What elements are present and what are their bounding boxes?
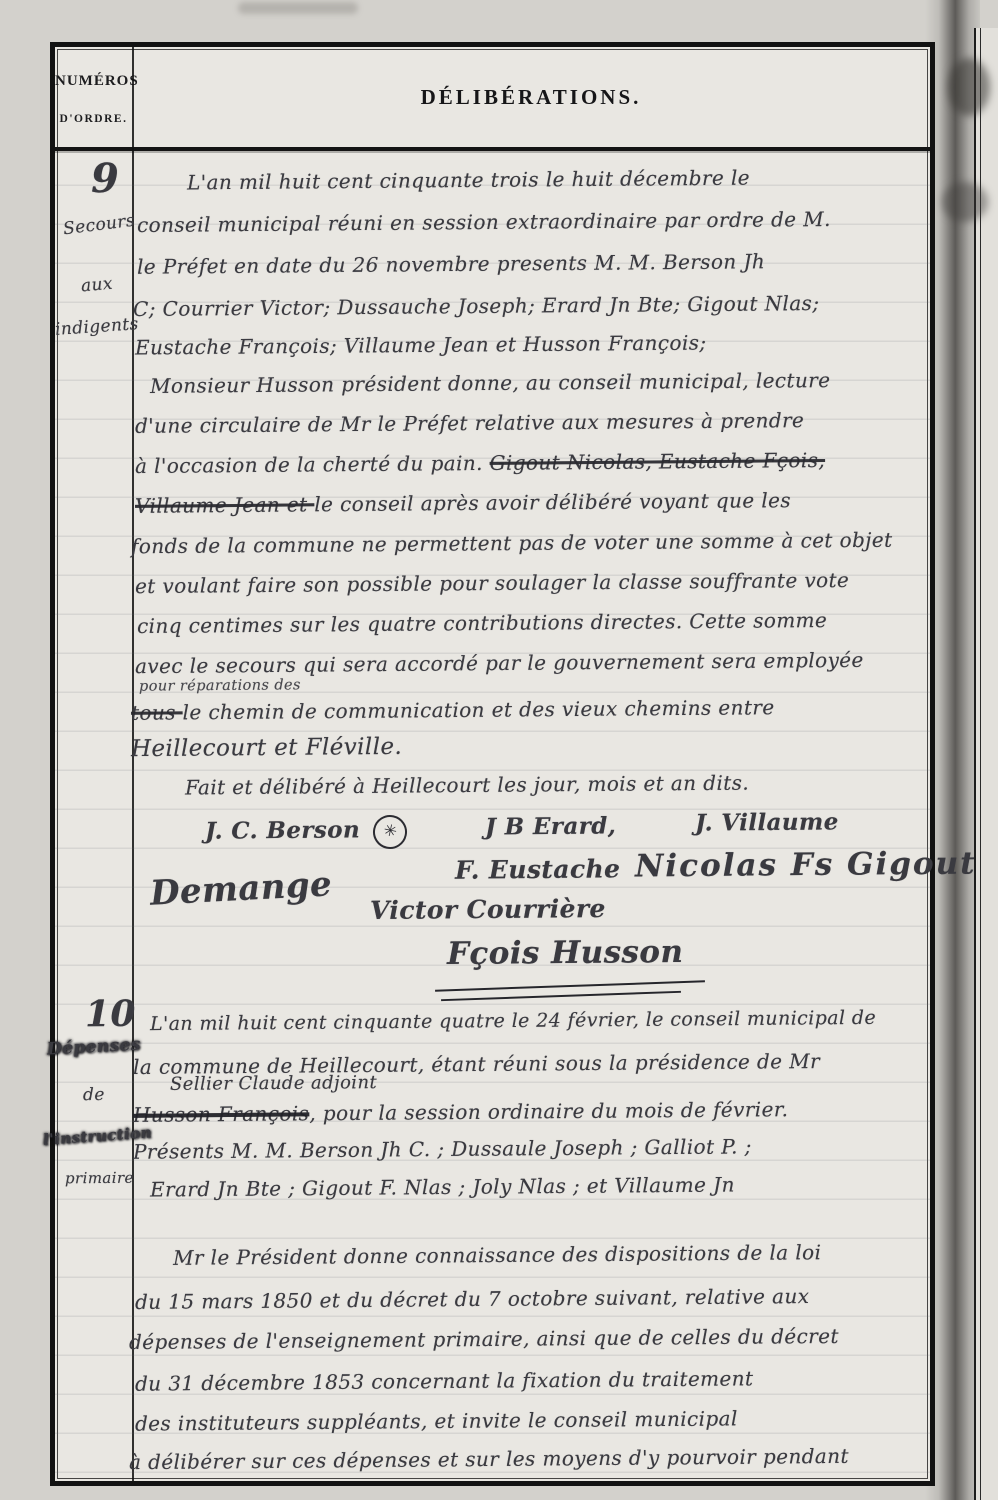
entry-9-line: Monsieur Husson président donne, au cons… (150, 368, 831, 398)
entry-10-line: dépenses de l'enseignement primaire, ain… (129, 1324, 839, 1354)
entry-9-closing-line: Fait et délibéré à Heillecourt les jour,… (185, 771, 749, 800)
berson-paraph-flourish: ✳ (370, 812, 410, 852)
entry-10-struck-text: Husson François (133, 1101, 309, 1127)
entry-9-struck-text: tous (131, 700, 183, 724)
entry-10-line: des instituteurs suppléants, et invite l… (135, 1406, 738, 1435)
next-page-edge (974, 28, 998, 1500)
ink-bleed-mark (942, 182, 988, 222)
entry-9-struck-text: Villaume Jean et (135, 492, 314, 518)
order-number-column-header: NUMÉROS D'ORDRE. (55, 47, 132, 147)
entry-9-line-text: le chemin de communication et des vieux … (182, 695, 774, 724)
entry-10-line: Erard Jn Bte ; Gigout F. Nlas ; Joly Nla… (150, 1172, 735, 1201)
entry-10-margin-note: primaire (65, 1169, 134, 1188)
entry-10-margin-note: Dépenses (47, 1035, 142, 1060)
signature-underline (441, 991, 681, 1001)
entry-10-line: L'an mil huit cent cinquante quatre le 2… (150, 1007, 876, 1035)
entry-9-line: Villaume Jean et le conseil après avoir … (135, 488, 791, 518)
entry-9-number: 9 (91, 155, 120, 202)
table-header-row: NUMÉROS D'ORDRE. DÉLIBÉRATIONS. (55, 47, 930, 151)
entry-10-number: 10 (85, 993, 136, 1035)
entry-9-line: C; Courrier Victor; Dussauche Joseph; Er… (133, 291, 820, 321)
entry-9-line: cinq centimes sur les quatre contributio… (137, 608, 827, 638)
entry-9-line: le Préfet en date du 26 novembre present… (137, 249, 765, 278)
signature-courriere: Victor Courrière (370, 894, 606, 925)
entry-10-line: Mr le Président donne connaissance des d… (173, 1240, 822, 1270)
top-edge-bleed-mark (238, 2, 358, 14)
scanned-register-sheet: NUMÉROS D'ORDRE. DÉLIBÉRATIONS. 9 Secour… (0, 0, 998, 1500)
entry-9-line: Heillecourt et Fléville. (131, 734, 402, 762)
signature-underline (435, 980, 705, 991)
entry-9-interline-insert: pour réparations des (139, 677, 301, 694)
ordre-label: D'ORDRE. (55, 113, 132, 125)
register-page: NUMÉROS D'ORDRE. DÉLIBÉRATIONS. 9 Secour… (50, 42, 935, 1486)
signature-demange: Demange (149, 864, 333, 913)
ink-bleed-mark (948, 58, 990, 116)
entry-10-line-text: , pour la session ordinaire du mois de f… (309, 1097, 788, 1125)
entry-9-line: conseil municipal réuni en session extra… (137, 207, 831, 237)
signature-villaume: J. Villaume (695, 808, 839, 836)
signature-gigout: Nicolas Fs Gigout (635, 846, 977, 885)
entry-10-line: Husson François, pour la session ordinai… (133, 1097, 788, 1127)
numeros-label: NUMÉROS (55, 73, 132, 90)
entry-9-struck-text: Gigout Nicolas, Eustache Fçois, (490, 448, 826, 475)
entry-9-line: tous le chemin de communication et des v… (131, 695, 775, 725)
entry-10-line: du 15 mars 1850 et du décret du 7 octobr… (135, 1284, 810, 1314)
entry-9-line-text: à l'occasion de la cherté du pain. (135, 451, 490, 478)
signature-eustache: F. Eustache (455, 854, 621, 884)
entry-9-line: et voulant faire son possible pour soula… (135, 568, 849, 598)
signature-berson: J. C. Berson (205, 816, 360, 844)
entry-10-margin-note: de (83, 1085, 105, 1105)
entry-10-interline-insert: Sellier Claude adjoint (170, 1072, 377, 1095)
entry-9-margin-note: Secours (62, 211, 136, 240)
entry-10-line: Présents M. M. Berson Jh C. ; Dussaule J… (133, 1134, 752, 1163)
entry-10-line: à délibérer sur ces dépenses et sur les … (129, 1444, 849, 1474)
entry-9-margin-note: indigents (54, 314, 139, 340)
page-title: DÉLIBÉRATIONS. (132, 85, 930, 110)
entry-9-line: avec le secours qui sera accordé par le … (135, 648, 864, 678)
entry-9-line: Eustache François; Villaume Jean et Huss… (135, 331, 707, 360)
margin-column-divider (132, 47, 134, 1481)
entry-9-line: à l'occasion de la cherté du pain. Gigou… (135, 448, 825, 478)
page-content: NUMÉROS D'ORDRE. DÉLIBÉRATIONS. 9 Secour… (55, 47, 930, 1481)
entry-9-line: L'an mil huit cent cinquante trois le hu… (187, 166, 750, 195)
signature-husson: Fçois Husson (447, 934, 684, 972)
entry-9-line: d'une circulaire de Mr le Préfet relativ… (135, 408, 804, 438)
entry-9-line-text: le conseil après avoir délibéré voyant q… (314, 488, 791, 516)
entry-10-line: du 31 décembre 1853 concernant la fixati… (135, 1366, 754, 1395)
entry-9-line: fonds de la commune ne permettent pas de… (131, 528, 893, 559)
next-page-border-line (980, 28, 981, 1500)
entry-9-margin-note: aux (80, 274, 113, 297)
signature-erard: J B Erard, (485, 812, 616, 840)
